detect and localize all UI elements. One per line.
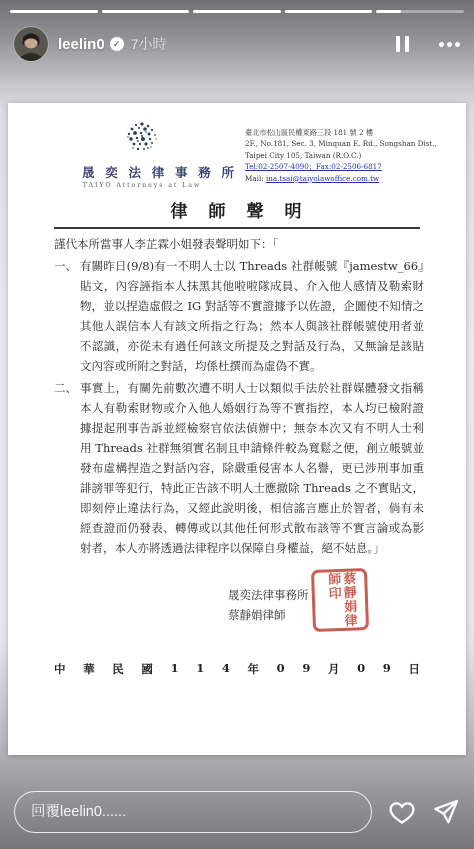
- firm-name-en: TAIYO Attorneys at Law: [82, 182, 202, 189]
- signature-lawyer: 蔡靜娟律師: [228, 605, 309, 625]
- reply-input[interactable]: [14, 791, 372, 833]
- letterhead-address-block: 臺北市松山區民權東路三段 181 號 2 樓 2F., No.181, Sec.…: [245, 127, 449, 184]
- paragraph-marker: 一、: [54, 256, 80, 376]
- letterhead-firm-block: 晟 奕 法 律 事 務 所 TAIYO Attorneys at Law: [82, 115, 202, 189]
- date-token: 0: [357, 661, 365, 677]
- date-row: 中華民國114年09月09日: [54, 661, 420, 677]
- story-header: leelin0 ✓ 7小時: [14, 27, 462, 61]
- document-title: 律 師 聲 明: [8, 197, 466, 222]
- date-token: 9: [383, 661, 391, 677]
- address-en-1: 2F., No.181, Sec. 3, Minquan E. Rd., Son…: [245, 138, 449, 149]
- statement-intro: 謹代本所當事人李芷霖小姐發表聲明如下：「: [54, 234, 424, 254]
- lawyer-seal-stamp: 蔡靜娟律師印: [311, 568, 369, 632]
- paragraph-text: 事實上，有關先前數次遭不明人士以類似手法於社群媒體發文指稱本人有勒索財物或介入他…: [80, 378, 424, 558]
- date-token: 0: [277, 661, 285, 677]
- progress-segment: [285, 10, 373, 13]
- progress-segment: [10, 10, 98, 13]
- signature-firm: 晟奕法律事務所: [228, 585, 309, 605]
- story-progress: [10, 10, 464, 13]
- date-token: 民: [112, 661, 124, 677]
- date-token: 華: [83, 661, 95, 677]
- story-timestamp: 7小時: [131, 34, 167, 54]
- date-token: 9: [302, 661, 310, 677]
- date-token: 年: [248, 661, 260, 677]
- tel-fax-line: Tel:02-2507-4090；Fax:02-2506-6817: [245, 161, 449, 172]
- pause-button[interactable]: [392, 32, 413, 56]
- title-rule: [54, 227, 420, 229]
- date-token: 1: [196, 661, 204, 677]
- like-button[interactable]: [388, 798, 416, 826]
- date-token: 月: [328, 661, 340, 677]
- statement-paragraph-2: 二、 事實上，有關先前數次遭不明人士以類似手法於社群媒體發文指稱本人有勒索財物或…: [54, 378, 424, 558]
- avatar-image: [14, 27, 48, 61]
- heart-icon: [388, 798, 416, 826]
- paper-plane-icon: [432, 798, 460, 826]
- address-zh: 臺北市松山區民權東路三段 181 號 2 樓: [245, 127, 449, 138]
- signature-block: 晟奕法律事務所 蔡靜娟律師: [228, 585, 309, 625]
- avatar[interactable]: [14, 27, 48, 61]
- address-en-2: Taipei City 105, Taiwan (R.O.C.): [245, 150, 449, 161]
- firm-logo-icon: [122, 115, 162, 157]
- mail-address: ina.tsai@taiyolawoffice.com.tw: [266, 174, 379, 183]
- mail-label: Mail:: [245, 174, 266, 183]
- story-footer: [0, 783, 474, 849]
- story-username[interactable]: leelin0: [58, 36, 105, 53]
- date-token: 國: [141, 661, 153, 677]
- progress-segment: [376, 10, 464, 13]
- date-token: 1: [171, 661, 179, 677]
- document-photo: 晟 奕 法 律 事 務 所 TAIYO Attorneys at Law 臺北市…: [8, 103, 466, 755]
- document-body: 謹代本所當事人李芷霖小姐發表聲明如下：「 一、 有關昨日(9/8)有一不明人士以…: [54, 234, 424, 558]
- paragraph-marker: 二、: [54, 378, 80, 558]
- progress-segment: [193, 10, 281, 13]
- story-screen: leelin0 ✓ 7小時: [0, 0, 474, 849]
- firm-name-zh: 晟 奕 法 律 事 務 所: [82, 163, 202, 181]
- date-token: 中: [54, 661, 66, 677]
- statement-paragraph-1: 一、 有關昨日(9/8)有一不明人士以 Threads 社群帳號『jamestw…: [54, 256, 424, 376]
- verified-badge-icon: ✓: [110, 37, 124, 51]
- more-options-button[interactable]: [437, 36, 462, 53]
- date-token: 日: [408, 661, 420, 677]
- paragraph-text: 有關昨日(9/8)有一不明人士以 Threads 社群帳號『jamestw_66…: [80, 256, 424, 376]
- progress-segment: [102, 10, 190, 13]
- share-button[interactable]: [432, 798, 460, 826]
- mail-line: Mail: ina.tsai@taiyolawoffice.com.tw: [245, 173, 449, 184]
- date-token: 4: [222, 661, 230, 677]
